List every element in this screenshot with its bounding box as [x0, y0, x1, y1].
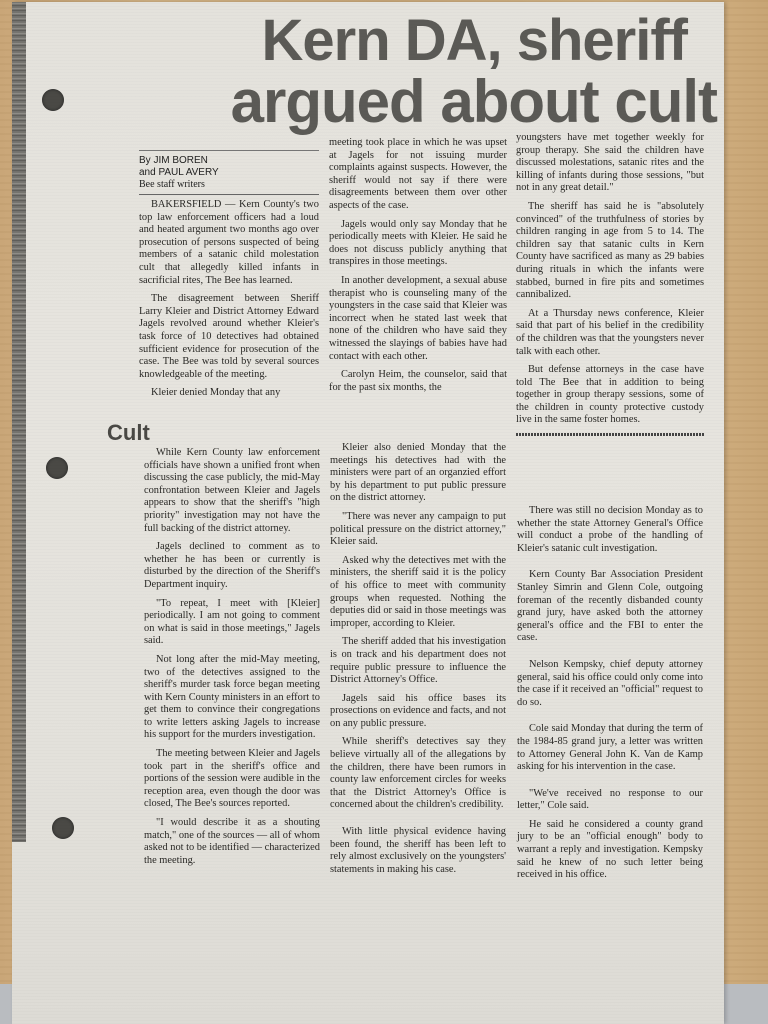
paragraph: youngsters have met together weekly for …	[516, 132, 704, 195]
paragraph: Kern County Bar Association President St…	[517, 569, 703, 645]
byline-staff: Bee staff writers	[139, 179, 319, 191]
column-2-bottom: Kleier also denied Monday that the meeti…	[330, 442, 506, 882]
headline-line-1: Kern DA, sheriff	[162, 10, 717, 72]
byline: By JIM BOREN and PAUL AVERY Bee staff wr…	[139, 150, 319, 191]
column-3-top: youngsters have met together weekly for …	[516, 132, 704, 444]
paragraph: Asked why the detectives met with the mi…	[330, 555, 506, 631]
paragraph: meeting took place in which he was upset…	[329, 137, 507, 213]
paragraph: Kleier denied Monday that any	[139, 387, 319, 400]
paragraph: With little physical evidence having bee…	[330, 826, 506, 876]
headline: Kern DA, sheriff argued about cult	[162, 10, 717, 132]
paragraph: In another development, a sexual abuse t…	[329, 275, 507, 363]
punch-hole	[46, 457, 68, 479]
paragraph: Nelson Kempsky, chief deputy attorney ge…	[517, 659, 703, 709]
paragraph: Kleier also denied Monday that the meeti…	[330, 442, 506, 505]
paragraph: The disagreement between Sheriff Larry K…	[139, 293, 319, 381]
section-divider	[516, 433, 704, 436]
byline-author-1: By JIM BOREN	[139, 155, 319, 167]
paragraph: At a Thursday news conference, Kleier sa…	[516, 308, 704, 358]
column-1-top: By JIM BOREN and PAUL AVERY Bee staff wr…	[139, 150, 319, 406]
paragraph: The sheriff has said he is "absolutely c…	[516, 201, 704, 302]
paragraph: There was still no decision Monday as to…	[517, 505, 703, 555]
paragraph: While Kern County law enforcement offici…	[144, 447, 320, 535]
paragraph: Jagels said his office bases its prosect…	[330, 693, 506, 731]
paragraph: He said he considered a county grand jur…	[517, 819, 703, 882]
paragraph: But defense attorneys in the case have t…	[516, 364, 704, 427]
byline-rule	[139, 194, 319, 195]
paragraph: "There was never any campaign to put pol…	[330, 511, 506, 549]
punch-hole	[52, 817, 74, 839]
paragraph: Carolyn Heim, the counselor, said that f…	[329, 369, 507, 394]
column-2-top: meeting took place in which he was upset…	[329, 137, 507, 400]
paragraph: Jagels would only say Monday that he per…	[329, 219, 507, 269]
byline-author-2: and PAUL AVERY	[139, 167, 319, 179]
jump-label: Cult	[107, 420, 150, 446]
headline-line-2: argued about cult	[162, 72, 717, 132]
column-1-bottom: While Kern County law enforcement offici…	[144, 447, 320, 873]
paragraph: The sheriff added that his investigation…	[330, 636, 506, 686]
paragraph: Not long after the mid-May meeting, two …	[144, 654, 320, 742]
torn-edge-strip	[12, 2, 26, 842]
paragraph: The meeting between Kleier and Jagels to…	[144, 748, 320, 811]
column-3-bottom: There was still no decision Monday as to…	[517, 505, 703, 888]
paragraph: Jagels declined to comment as to whether…	[144, 541, 320, 591]
paragraph: Cole said Monday that during the term of…	[517, 723, 703, 773]
newspaper-clipping: Kern DA, sheriff argued about cult By JI…	[12, 2, 724, 1024]
paragraph: "We've received no response to our lette…	[517, 788, 703, 813]
paragraph: While sheriff's detectives say they beli…	[330, 736, 506, 812]
paragraph: BAKERSFIELD — Kern County's two top law …	[139, 199, 319, 287]
paragraph: "I would describe it as a shouting match…	[144, 817, 320, 867]
punch-hole	[42, 89, 64, 111]
paragraph: "To repeat, I meet with [Kleier] periodi…	[144, 598, 320, 648]
